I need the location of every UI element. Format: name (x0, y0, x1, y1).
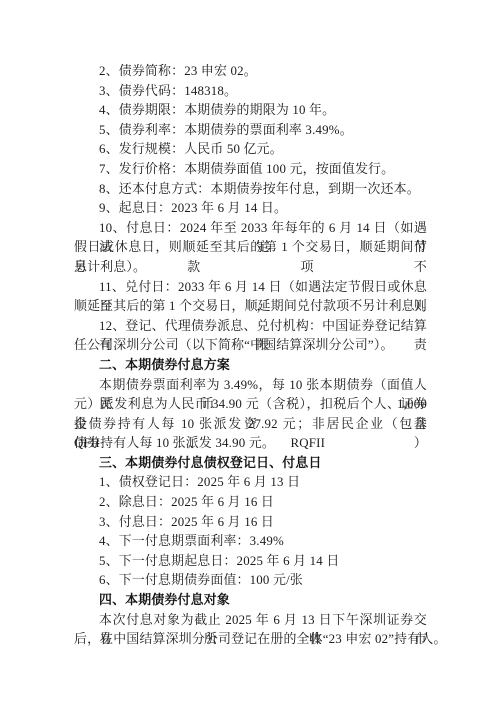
document-line: 4、债券期限：本期债券的期限为 10 年。 (74, 101, 427, 121)
document-line: 5、债券利率：本期债券的票面利率 3.49%。 (74, 121, 427, 141)
document-text-block: 2、债券简称：23 申宏 02。3、债券代码：148318。4、债券期限：本期债… (74, 62, 427, 650)
document-line: 7、发行价格：本期债券面值 100 元，按面值发行。 (74, 160, 427, 180)
section-heading: 二、本期债券付息方案 (74, 356, 427, 376)
document-line: 假日或休息日，则顺延至其后的第 1 个交易日，顺延期间付息款项不 (74, 238, 427, 258)
document-page: 2、债券简称：23 申宏 02。3、债券代码：148318。4、债券期限：本期债… (0, 0, 500, 707)
document-line: 6、下一付息期债券面值：100 元/张 (74, 571, 427, 591)
document-line: 9、起息日：2023 年 6 月 14 日。 (74, 199, 427, 219)
document-line: 10、付息日：2024 年至 2033 年每年的 6 月 14 日（如遇法定节 (74, 219, 427, 239)
document-line: 任公司深圳分公司（以下简称“中国结算深圳分公司”）。 (74, 336, 427, 356)
document-line: 元）派发利息为人民币 34.90 元（含税），扣税后个人、证券投资基 (74, 395, 427, 415)
document-line: 1、债权登记日：2025 年 6 月 13 日 (74, 473, 427, 493)
document-line: 本次付息对象为截止 2025 年 6 月 13 日下午深圳证券交易所收市 (74, 611, 427, 631)
section-heading: 四、本期债券付息对象 (74, 591, 427, 611)
document-line: 2、债券简称：23 申宏 02。 (74, 62, 427, 82)
document-line: 8、还本付息方式：本期债券按年付息，到期一次还本。 (74, 180, 427, 200)
document-line: 顺延至其后的第 1 个交易日，顺延期间兑付款项不另计利息）。 (74, 297, 427, 317)
document-line: 2、除息日：2025 年 6 月 16 日 (74, 493, 427, 513)
document-line: 后，在中国结算深圳分公司登记在册的全体“23 申宏 02”持有人。 (74, 630, 427, 650)
document-line: 金债券持有人每 10 张派发 27.92 元；非居民企业（包含 QFII、RQF… (74, 415, 427, 435)
document-line: 6、发行规模：人民币 50 亿元。 (74, 140, 427, 160)
document-line: 4、下一付息期票面利率：3.49% (74, 532, 427, 552)
document-line: 3、债券代码：148318。 (74, 82, 427, 102)
section-heading: 三、本期债券付息债权登记日、付息日 (74, 454, 427, 474)
document-line: 本期债券票面利率为 3.49%，每 10 张本期债券（面值人民币 1,000 (74, 376, 427, 396)
document-line: 3、付息日：2025 年 6 月 16 日 (74, 513, 427, 533)
document-line: 5、下一付息期起息日：2025 年 6 月 14 日 (74, 552, 427, 572)
document-line: 12、登记、代理债券派息、兑付机构：中国证券登记结算有限责 (74, 317, 427, 337)
document-line: 11、兑付日：2033 年 6 月 14 日（如遇法定节假日或休息日，则 (74, 278, 427, 298)
